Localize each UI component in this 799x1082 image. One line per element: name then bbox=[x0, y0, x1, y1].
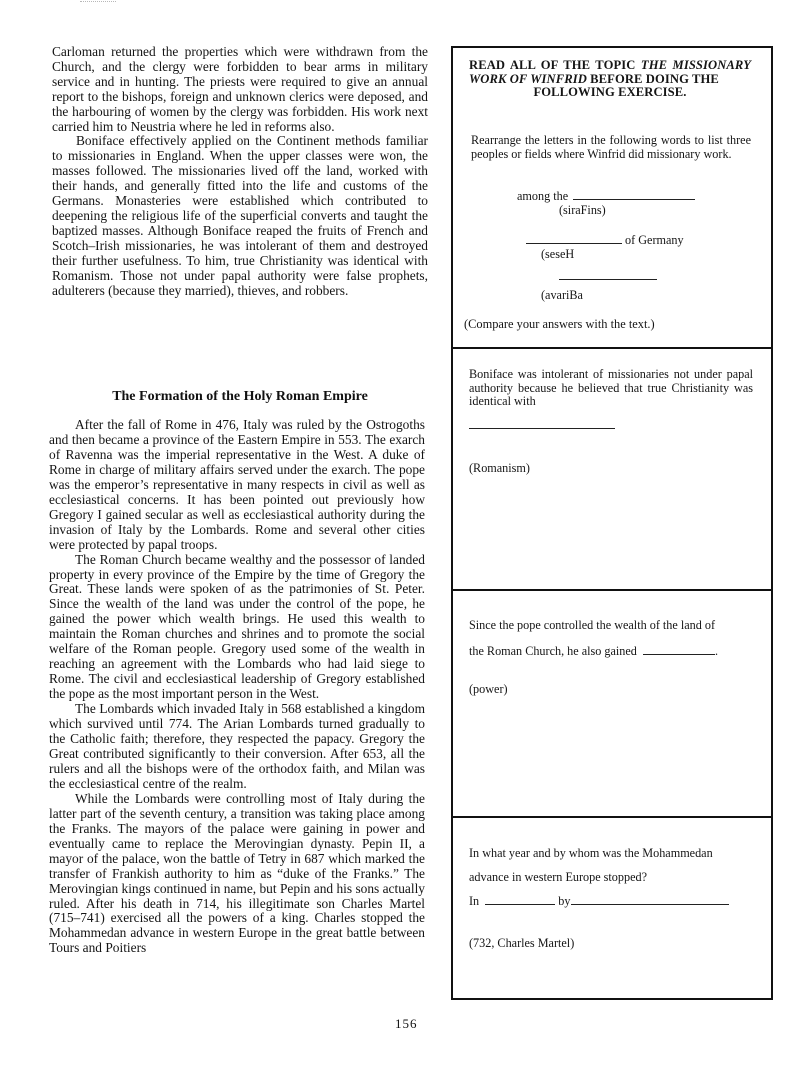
paragraph-carloman: Carloman returned the properties which w… bbox=[52, 45, 428, 134]
answer-power: (power) bbox=[469, 682, 508, 697]
question-mohammedan-line-1: In what year and by whom was the Mohamme… bbox=[469, 846, 713, 861]
exercise-panel-anagrams: READ ALL OF THE TOPIC THE MISSIONARY WOR… bbox=[453, 48, 771, 348]
section-text-block: After the fall of Rome in 476, Italy was… bbox=[49, 418, 425, 956]
exercise-panel-mohammedan: In what year and by whom was the Mohamme… bbox=[453, 818, 771, 998]
exercise-panel-romanism: Boniface was intolerant of missionaries … bbox=[453, 349, 771, 591]
paragraph-lombards: The Lombards which invaded Italy in 568 … bbox=[49, 702, 425, 792]
question-power-line-2: the Roman Church, he also gained . bbox=[469, 644, 718, 659]
intro-text-block: Carloman returned the properties which w… bbox=[52, 45, 428, 298]
fill-prefix-in: In bbox=[469, 894, 479, 908]
paragraph-roman-church-wealth: The Roman Church became wealthy and the … bbox=[49, 553, 425, 703]
heading-last-line: FOLLOWING EXERCISE. bbox=[469, 86, 751, 100]
section-heading: The Formation of the Holy Roman Empire bbox=[52, 389, 428, 405]
paragraph-franks: While the Lombards were controlling most… bbox=[49, 792, 425, 956]
answer-blank-2[interactable] bbox=[526, 233, 622, 244]
anagram-1-hint: (siraFins) bbox=[559, 203, 606, 218]
instruction-heading: READ ALL OF THE TOPIC THE MISSIONARY WOR… bbox=[469, 59, 751, 100]
paragraph-boniface-methods: Boniface effectively applied on the Cont… bbox=[52, 134, 428, 298]
anagram-row-1: among the bbox=[517, 189, 695, 204]
anagram-3-hint: (avariBa bbox=[541, 288, 583, 303]
fill-in-row: In by bbox=[469, 894, 729, 909]
fill-mid-by: by bbox=[558, 894, 570, 908]
paragraph-fall-of-rome: After the fall of Rome in 476, Italy was… bbox=[49, 418, 425, 553]
question-romanism: Boniface was intolerant of missionaries … bbox=[469, 368, 753, 409]
answer-blank-romanism[interactable] bbox=[469, 418, 615, 429]
exercise-panel-power: Since the pope controlled the wealth of … bbox=[453, 591, 771, 817]
scan-artifact bbox=[80, 1, 116, 3]
answer-blank-power[interactable] bbox=[643, 644, 715, 655]
answer-blank-person[interactable] bbox=[571, 894, 729, 905]
anagram-2-suffix: of Germany bbox=[625, 233, 684, 247]
question-power-line-1: Since the pope controlled the wealth of … bbox=[469, 618, 715, 633]
anagram-row-3 bbox=[559, 269, 657, 284]
anagram-2-hint: (seseH bbox=[541, 247, 574, 262]
anagram-row-2: of Germany bbox=[526, 233, 684, 248]
answer-blank-year[interactable] bbox=[485, 894, 555, 905]
rearrange-instruction: Rearrange the letters in the following w… bbox=[471, 134, 751, 161]
exercise-frame: READ ALL OF THE TOPIC THE MISSIONARY WOR… bbox=[451, 46, 773, 1000]
answer-blank-1[interactable] bbox=[573, 189, 695, 200]
compare-note: (Compare your answers with the text.) bbox=[464, 317, 655, 332]
answer-line-romanism bbox=[469, 418, 615, 433]
page-number: 156 bbox=[395, 1016, 418, 1032]
answer-blank-3[interactable] bbox=[559, 269, 657, 280]
question-power-text: the Roman Church, he also gained bbox=[469, 644, 637, 658]
answer-mohammedan: (732, Charles Martel) bbox=[469, 936, 574, 951]
anagram-1-prefix: among the bbox=[517, 189, 568, 203]
heading-suffix: BEFORE DOING THE bbox=[587, 72, 719, 86]
question-power-period: . bbox=[715, 644, 718, 658]
question-mohammedan-line-2: advance in western Europe stopped? bbox=[469, 870, 647, 885]
answer-romanism: (Romanism) bbox=[469, 461, 530, 476]
heading-prefix: READ ALL OF THE TOPIC bbox=[469, 58, 641, 72]
